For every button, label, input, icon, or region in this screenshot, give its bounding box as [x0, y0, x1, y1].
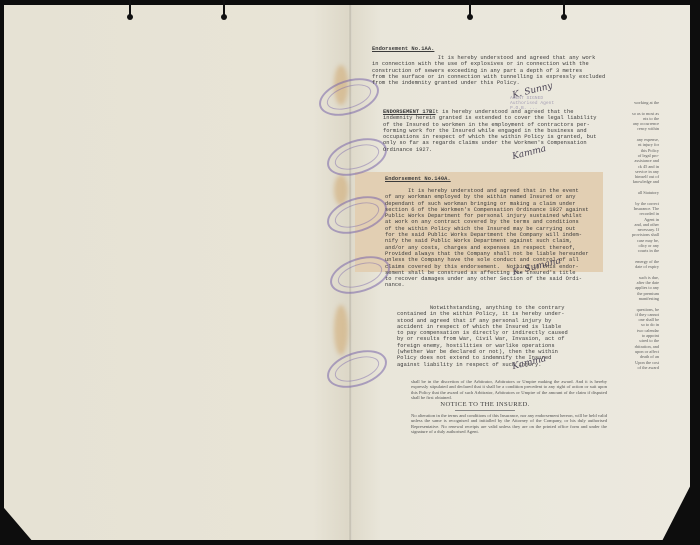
notice-body: No alteration in the terms and condition… — [411, 413, 607, 435]
binder-hole-icon — [467, 0, 473, 22]
underlying-page-text: working at the so as to most as nts to t… — [611, 100, 659, 370]
water-stain — [334, 305, 348, 355]
endorsement-heading: Endorsement No.140A. — [385, 176, 451, 182]
binder-hole-icon — [561, 0, 567, 22]
endorsement-body: It is hereby understood and agreed that … — [385, 188, 589, 289]
endorsement-body: It is hereby understood and agreed that … — [372, 55, 605, 86]
binder-hole-icon — [127, 0, 133, 22]
arbitration-clause: shall be in the discretion of the Arbitr… — [411, 379, 607, 401]
notice-title: NOTICE TO THE INSURED. — [360, 401, 610, 408]
endorsement-heading: Endorsement No.1AA. — [372, 46, 434, 52]
binder-hole-icon — [221, 0, 227, 22]
divider — [455, 410, 515, 411]
endorsement-body: It is hereby understood and agreed that … — [383, 109, 597, 153]
